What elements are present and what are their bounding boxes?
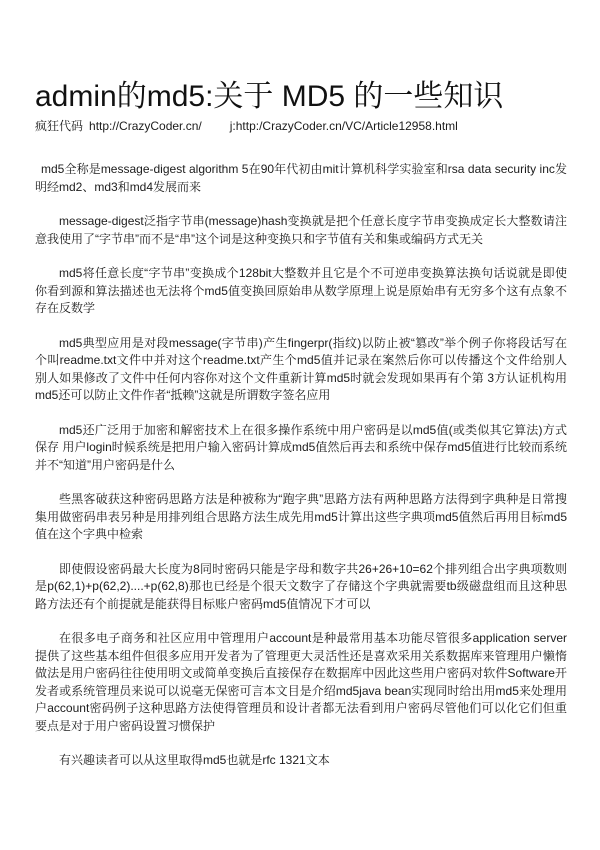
article-paragraph: 些黑客破获这种密码思路方法是种被称为“跑字典”思路方法有两种思路方法得到字典种是…	[35, 491, 567, 544]
article-paragraph: md5将任意长度“字节串”变换成个128bit大整数并且它是个不可逆串变换算法换…	[35, 265, 567, 318]
article-body: md5全称是message-digest algorithm 5在90年代初由m…	[35, 161, 567, 770]
article-paragraph: md5典型应用是对段message(字节串)产生fingerpr(指纹)以防止被…	[35, 335, 567, 405]
byline: 疯狂代码http://CrazyCoder.cn/j:http:/CrazyCo…	[35, 118, 567, 134]
article-paragraph: md5全称是message-digest algorithm 5在90年代初由m…	[35, 161, 567, 196]
article-paragraph: message-digest泛指字节串(message)hash变换就是把个任意…	[35, 213, 567, 248]
article-paragraph: 有兴趣读者可以从这里取得md5也就是rfc 1321文本	[35, 752, 567, 770]
article-paragraph: 在很多电子商务和社区应用中管理用户account是种最常用基本功能尽管很多app…	[35, 630, 567, 735]
document-page: admin的md5:关于 MD5 的一些知识 疯狂代码http://CrazyC…	[0, 0, 600, 850]
byline-site-name: 疯狂代码	[35, 119, 83, 133]
byline-article-url: j:http:/CrazyCoder.cn/VC/Article12958.ht…	[230, 119, 458, 133]
article-paragraph: 即使假设密码最大长度为8同时密码只能是字母和数字共26+26+10=62个排列组…	[35, 561, 567, 614]
article-paragraph: md5还广泛用于加密和解密技术上在很多操作系统中用户密码是以md5值(或类似其它…	[35, 422, 567, 475]
page-title: admin的md5:关于 MD5 的一些知识	[35, 80, 567, 113]
byline-site-url: http://CrazyCoder.cn/	[89, 119, 202, 133]
